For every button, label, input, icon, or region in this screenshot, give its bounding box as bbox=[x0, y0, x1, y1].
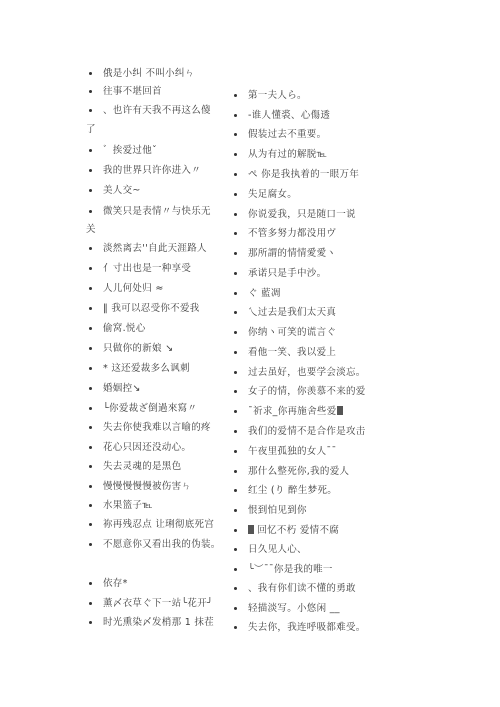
bullet-icon bbox=[234, 568, 237, 571]
bullet-icon bbox=[234, 193, 237, 196]
bullet-icon bbox=[234, 489, 237, 492]
bullet-icon bbox=[89, 189, 92, 192]
bullet-icon bbox=[89, 523, 92, 526]
bullet-icon bbox=[234, 410, 237, 413]
list-item-continuation: 关 bbox=[86, 222, 96, 238]
bullet-icon bbox=[89, 210, 92, 213]
bullet-icon bbox=[89, 602, 92, 605]
bullet-icon bbox=[89, 426, 92, 429]
list-item-continuation: 了 bbox=[86, 122, 96, 138]
bullet-icon bbox=[89, 407, 92, 410]
block-glyph-icon bbox=[337, 406, 343, 415]
bullet-icon bbox=[234, 94, 237, 97]
bullet-icon bbox=[89, 621, 92, 624]
bullet-icon bbox=[234, 252, 237, 255]
bullet-icon bbox=[234, 450, 237, 453]
bullet-icon bbox=[234, 133, 237, 136]
bullet-icon bbox=[89, 287, 92, 290]
bullet-icon bbox=[89, 149, 92, 152]
bullet-icon bbox=[89, 267, 92, 270]
bullet-icon bbox=[234, 351, 237, 354]
bullet-icon bbox=[89, 327, 92, 330]
bullet-icon bbox=[89, 169, 92, 172]
bullet-icon bbox=[89, 465, 92, 468]
bullet-icon bbox=[89, 367, 92, 370]
bullet-icon bbox=[234, 114, 237, 117]
bullet-icon bbox=[89, 582, 92, 585]
bullet-icon bbox=[234, 331, 237, 334]
bullet-icon bbox=[234, 232, 237, 235]
bullet-icon bbox=[89, 90, 92, 93]
bullet-icon bbox=[234, 509, 237, 512]
bullet-icon bbox=[234, 548, 237, 551]
bullet-icon bbox=[89, 387, 92, 390]
bullet-icon bbox=[89, 307, 92, 310]
bullet-icon bbox=[234, 371, 237, 374]
bullet-icon bbox=[234, 470, 237, 473]
bullet-icon bbox=[234, 587, 237, 590]
bullet-icon bbox=[234, 272, 237, 275]
bullet-icon bbox=[234, 390, 237, 393]
bullet-icon bbox=[234, 529, 237, 532]
bullet-icon bbox=[234, 311, 237, 314]
bullet-icon bbox=[89, 247, 92, 250]
bullet-icon bbox=[234, 607, 237, 610]
bullet-icon bbox=[89, 485, 92, 488]
bullet-icon bbox=[234, 430, 237, 433]
bullet-icon bbox=[89, 347, 92, 350]
bullet-icon bbox=[89, 446, 92, 449]
bullet-icon bbox=[234, 213, 237, 216]
bullet-icon bbox=[234, 153, 237, 156]
bullet-icon bbox=[89, 109, 92, 112]
bullet-icon bbox=[89, 504, 92, 507]
bullet-icon bbox=[234, 173, 237, 176]
bullet-icon bbox=[234, 626, 237, 629]
document-page: 俄是小纠 不叫小纠ㄣ 往事不堪回首 、也许有天我不再这么傻 了 ゛挨爱过他ˇ 我… bbox=[0, 0, 500, 707]
bullet-icon bbox=[89, 543, 92, 546]
bullet-icon bbox=[234, 292, 237, 295]
bullet-icon bbox=[89, 72, 92, 75]
